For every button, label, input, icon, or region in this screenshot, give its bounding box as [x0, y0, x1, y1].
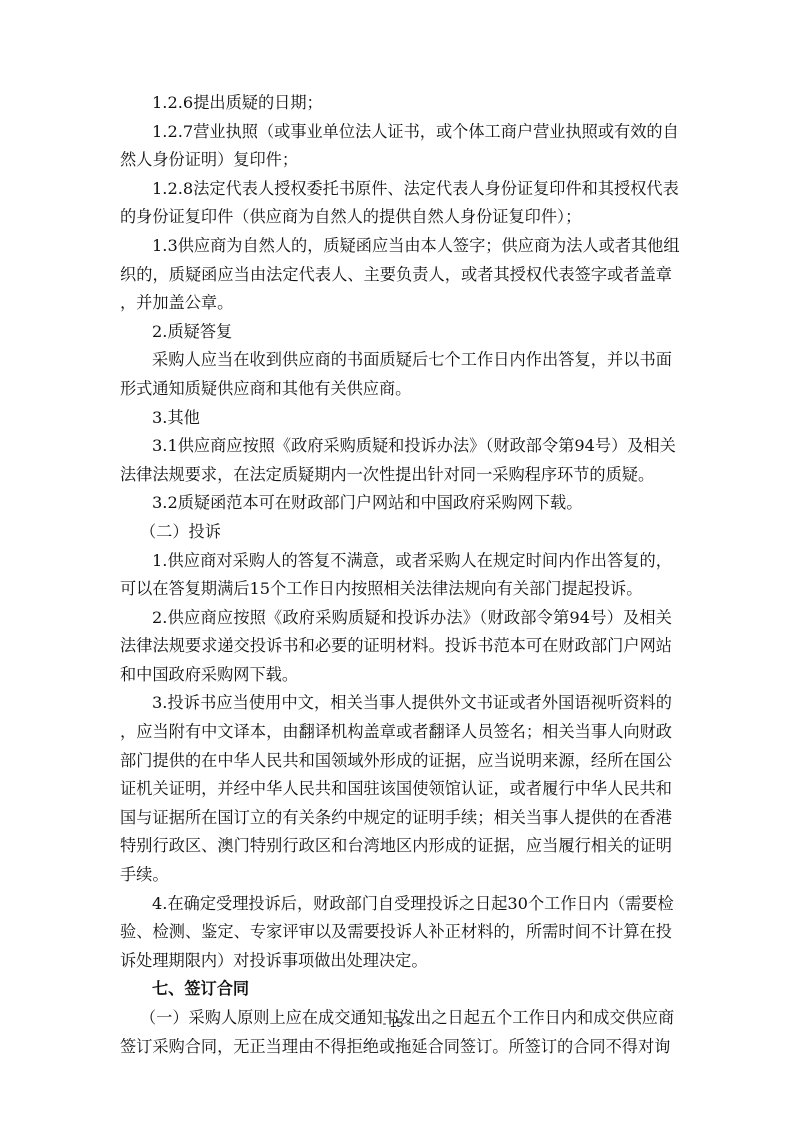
text-line: ，并加盖公章。 [120, 289, 672, 318]
text-line: 七、签订合同 [120, 975, 672, 1004]
text-line: 然人身份证明）复印件； [120, 146, 672, 175]
page-number: - 15 - [0, 1016, 793, 1030]
text-line: ，应当附有中文译本，由翻译机构盖章或者翻译人员签名；相关当事人向财政 [120, 718, 672, 747]
text-line: 3.1供应商应按照《政府采购质疑和投诉办法》（财政部令第94号）及相关 [120, 432, 672, 461]
paragraph: 3.投诉书应当使用中文，相关当事人提供外文书证或者外国语视听资料的，应当附有中文… [120, 689, 672, 889]
text-line: 部门提供的在中华人民共和国领域外形成的证据，应当说明来源，经所在国公 [120, 747, 672, 776]
text-line: 和中国政府采购网下载。 [120, 661, 672, 690]
paragraph: 4.在确定受理投诉后，财政部门自受理投诉之日起30个工作日内（需要检验、检测、鉴… [120, 890, 672, 976]
text-line: 1.2.7营业执照（或事业单位法人证书，或个体工商户营业执照或有效的自 [120, 118, 672, 147]
text-line: 法律法规要求递交投诉书和必要的证明材料。投诉书范本可在财政部门户网站 [120, 632, 672, 661]
text-line: 的身份证复印件（供应商为自然人的提供自然人身份证复印件）； [120, 203, 672, 232]
text-line: 诉处理期限内）对投诉事项做出处理决定。 [120, 947, 672, 976]
paragraph: 1.3供应商为自然人的，质疑函应当由本人签字；供应商为法人或者其他组织的，质疑函… [120, 232, 672, 318]
text-line: 2.供应商应按照《政府采购质疑和投诉办法》（财政部令第94号）及相关 [120, 604, 672, 633]
document-body: 1.2.6提出质疑的日期；1.2.7营业执照（或事业单位法人证书，或个体工商户营… [120, 89, 672, 1061]
text-line: 采购人应当在收到供应商的书面质疑后七个工作日内作出答复，并以书面 [120, 346, 672, 375]
text-line: 1.2.8法定代表人授权委托书原件、法定代表人身份证复印件和其授权代表 [120, 175, 672, 204]
text-line: 3.其他 [120, 404, 672, 433]
text-line: 签订采购合同，无正当理由不得拒绝或拖延合同签订。所签订的合同不得对询 [120, 1033, 672, 1062]
text-line: 特别行政区、澳门特别行政区和台湾地区内形成的证据，应当履行相关的证明 [120, 832, 672, 861]
text-line: （二）投诉 [120, 518, 672, 547]
paragraph: 2.供应商应按照《政府采购质疑和投诉办法》（财政部令第94号）及相关法律法规要求… [120, 604, 672, 690]
text-line: 形式通知质疑供应商和其他有关供应商。 [120, 375, 672, 404]
section-heading: 七、签订合同 [120, 975, 672, 1004]
text-line: 1.2.6提出质疑的日期； [120, 89, 672, 118]
text-line: 法律法规要求，在法定质疑期内一次性提出针对同一采购程序环节的质疑。 [120, 461, 672, 490]
paragraph: （二）投诉 [120, 518, 672, 547]
paragraph: 采购人应当在收到供应商的书面质疑后七个工作日内作出答复，并以书面形式通知质疑供应… [120, 346, 672, 403]
paragraph: 3.2质疑函范本可在财政部门户网站和中国政府采购网下载。 [120, 489, 672, 518]
text-line: 3.投诉书应当使用中文，相关当事人提供外文书证或者外国语视听资料的 [120, 689, 672, 718]
text-line: 3.2质疑函范本可在财政部门户网站和中国政府采购网下载。 [120, 489, 672, 518]
text-line: 手续。 [120, 861, 672, 890]
text-line: 国与证据所在国订立的有关条约中规定的证明手续；相关当事人提供的在香港 [120, 804, 672, 833]
paragraph: 3.其他 [120, 404, 672, 433]
text-line: 1.供应商对采购人的答复不满意，或者采购人在规定时间内作出答复的， [120, 547, 672, 576]
paragraph: 1.供应商对采购人的答复不满意，或者采购人在规定时间内作出答复的，可以在答复期满… [120, 547, 672, 604]
text-line: 可以在答复期满后15个工作日内按照相关法律法规向有关部门提起投诉。 [120, 575, 672, 604]
text-line: 4.在确定受理投诉后，财政部门自受理投诉之日起30个工作日内（需要检 [120, 890, 672, 919]
text-line: 验、检测、鉴定、专家评审以及需要投诉人补正材料的，所需时间不计算在投 [120, 918, 672, 947]
paragraph: 1.2.6提出质疑的日期； [120, 89, 672, 118]
paragraph: 1.2.8法定代表人授权委托书原件、法定代表人身份证复印件和其授权代表的身份证复… [120, 175, 672, 232]
paragraph: 2.质疑答复 [120, 318, 672, 347]
text-line: 2.质疑答复 [120, 318, 672, 347]
paragraph: 1.2.7营业执照（或事业单位法人证书，或个体工商户营业执照或有效的自然人身份证… [120, 118, 672, 175]
text-line: 证机关证明，并经中华人民共和国驻该国使领馆认证，或者履行中华人民共和 [120, 775, 672, 804]
paragraph: 3.1供应商应按照《政府采购质疑和投诉办法》（财政部令第94号）及相关法律法规要… [120, 432, 672, 489]
paragraph: （一）采购人原则上应在成交通知书发出之日起五个工作日内和成交供应商签订采购合同，… [120, 1004, 672, 1061]
text-line: 织的，质疑函应当由法定代表人、主要负责人，或者其授权代表签字或者盖章 [120, 261, 672, 290]
text-line: 1.3供应商为自然人的，质疑函应当由本人签字；供应商为法人或者其他组 [120, 232, 672, 261]
